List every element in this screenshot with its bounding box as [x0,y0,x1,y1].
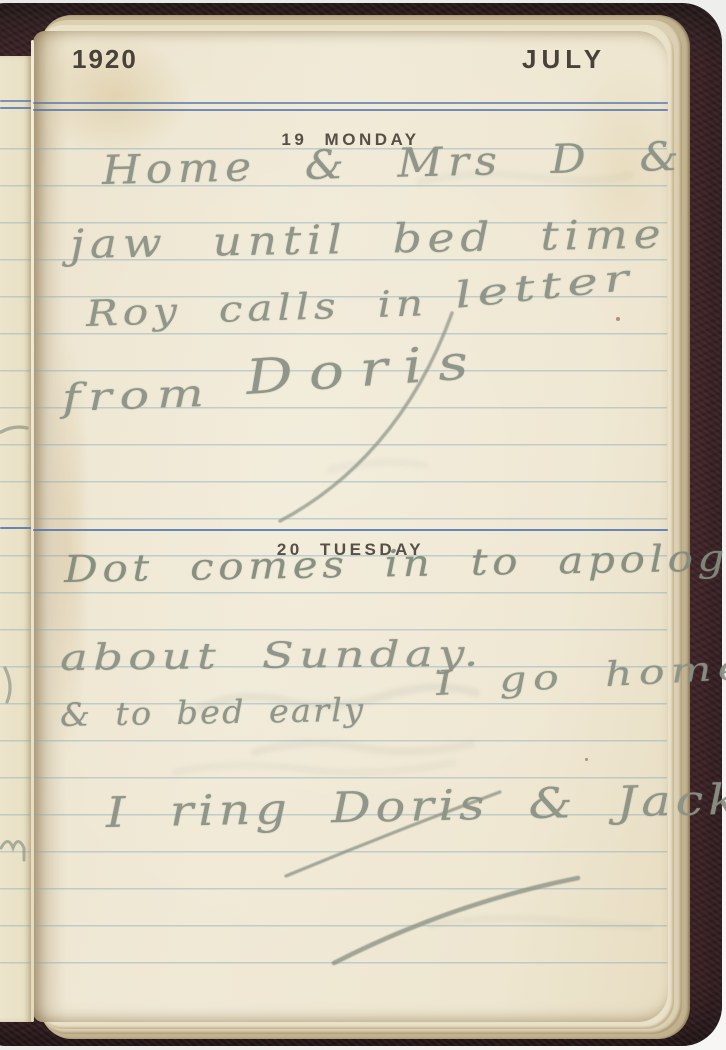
handwriting-line: from [61,371,212,420]
paper-speck [585,758,588,761]
handwriting-fragment: I ring [105,783,331,837]
ruled-lines [0,118,33,970]
header-rule [33,102,668,104]
section-divider-rule [0,527,33,529]
header-rule [0,107,33,109]
left-page [0,56,33,1022]
handwriting-line: about Sunday. [60,634,484,679]
handwriting-fragment: & Jack [489,775,726,829]
handwriting-line: & to bed early [60,691,366,734]
section-divider-rule [33,529,668,531]
struck-word: Doris [331,780,490,832]
page-year: 1920 [72,44,138,75]
header-rule [0,100,33,102]
header-rule [33,109,668,111]
diary-photo: 0 1920 JULY 19 MONDAY 20 TUESDAY Home & … [0,0,726,1050]
paper-speck [616,317,620,321]
page-month: JULY [522,44,606,75]
left-page-digit-fragment: 0 [0,58,2,89]
